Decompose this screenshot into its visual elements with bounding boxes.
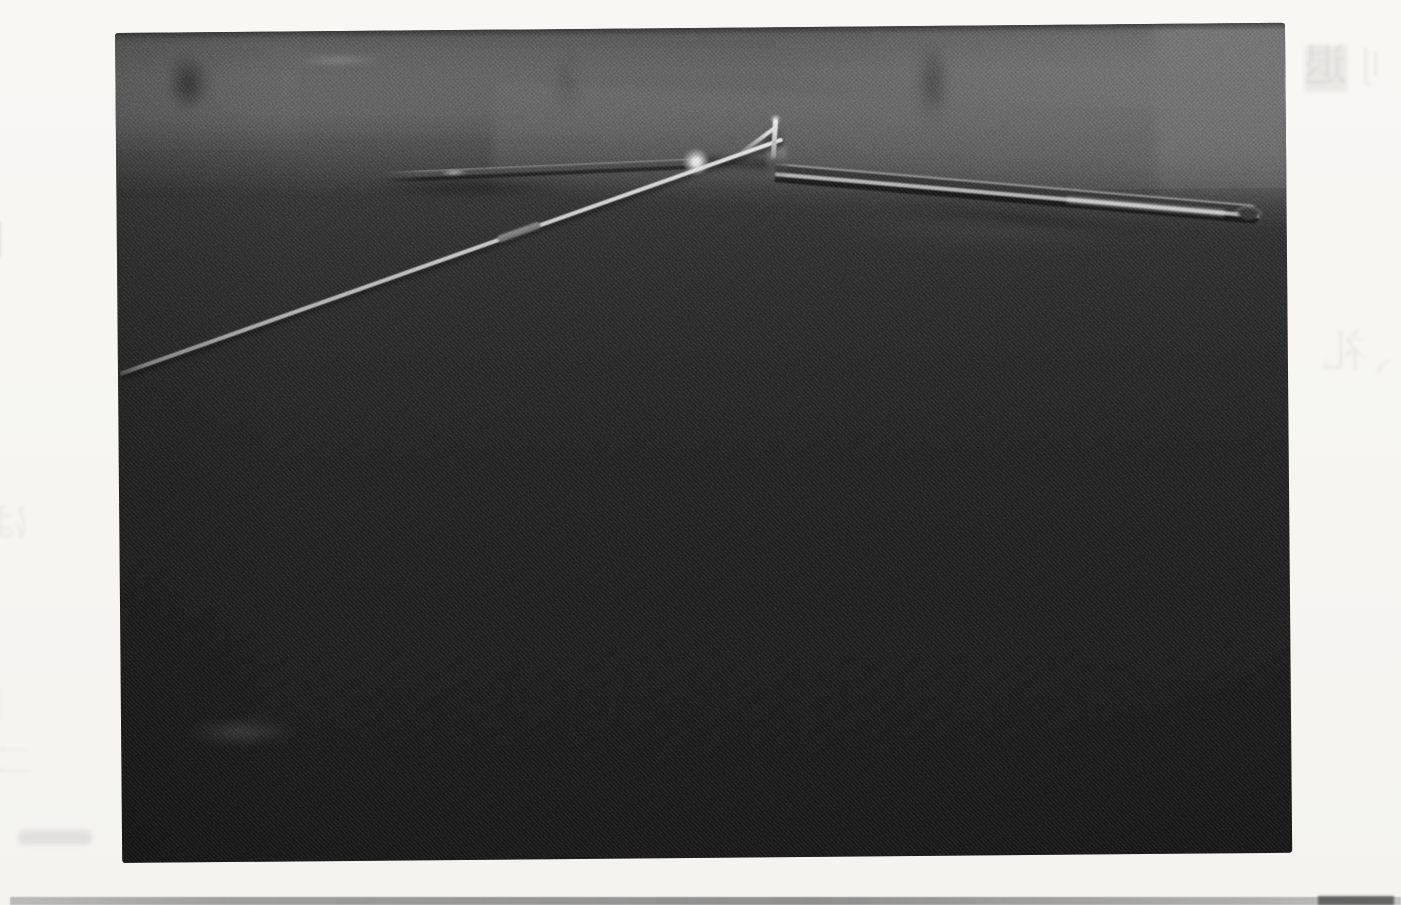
- ghost-strokes-top-right: 刂: [1358, 48, 1400, 90]
- ghost-character-left-lower: 〔: [0, 686, 30, 726]
- bottom-rule-dark-chunk: [1318, 896, 1394, 905]
- book-page: 退 刂 礼 丶 【 は 〔 二: [0, 0, 1401, 905]
- ghost-character-left-lower2: 二: [0, 742, 32, 780]
- photograph: [115, 23, 1292, 863]
- bottom-page-rule: [10, 897, 1401, 905]
- ghost-mark-left-edge: 【: [0, 222, 24, 260]
- ghost-smudge-bottom-left: [18, 830, 92, 845]
- ghost-character-top-right: 退: [1302, 42, 1348, 88]
- photo-vignette: [115, 23, 1292, 863]
- ghost-character-mid-right: 礼: [1322, 330, 1366, 374]
- ghost-dot-mid-right: 丶: [1366, 352, 1401, 388]
- ghost-character-left-mid: は: [0, 502, 30, 544]
